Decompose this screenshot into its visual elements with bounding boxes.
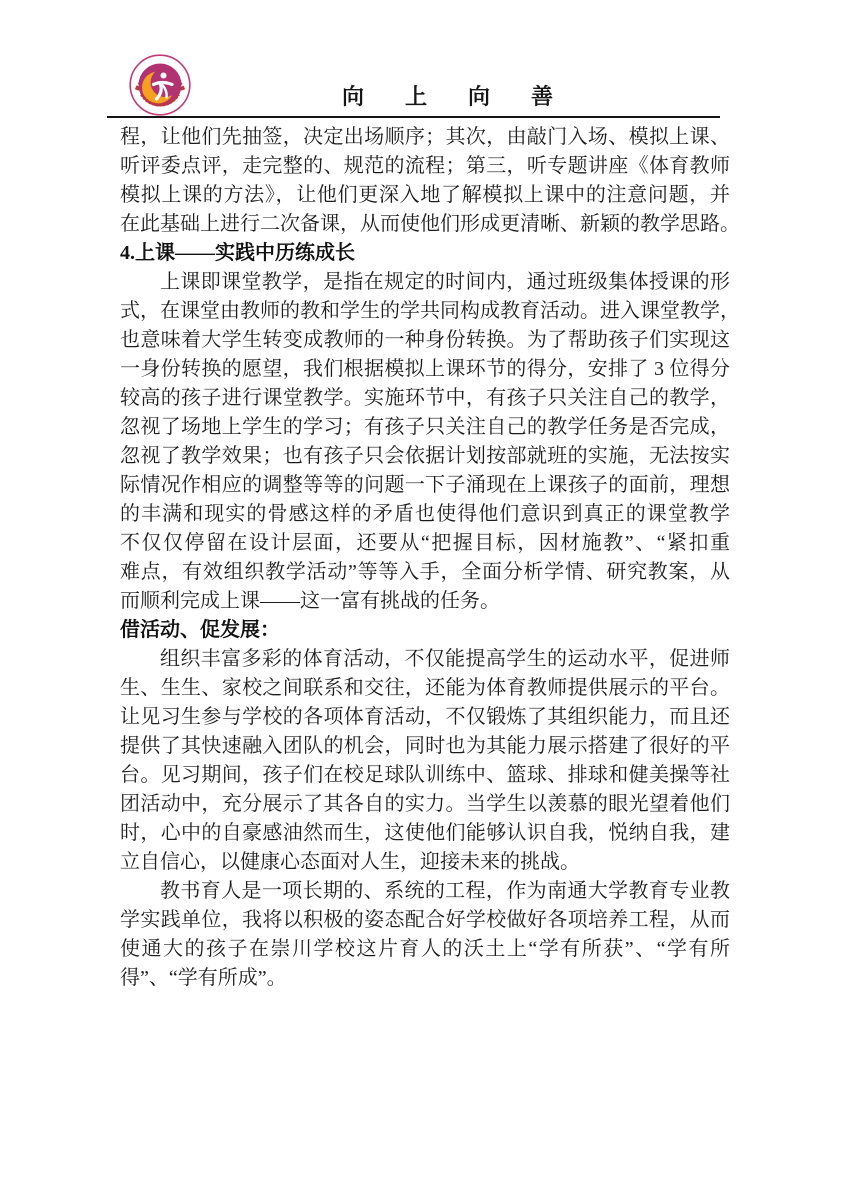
text-line: 教书育人是一项长期的、系统的工程，作为南通大学教育专业教 bbox=[120, 877, 730, 906]
text-line: 模拟上课的方法》，让他们更深入地了解模拟上课中的注意问题，并 bbox=[120, 181, 730, 210]
text-line: 使通大的孩子在崇川学校这片育人的沃土上“学有所获”、“学有所 bbox=[120, 935, 730, 964]
text-line: 生、生生、家校之间联系和交往，还能为体育教师提供展示的平台。 bbox=[120, 674, 730, 703]
header-title: 向上向善 bbox=[342, 84, 553, 110]
text-line: 也意味着大学生转变成教师的一种身份转换。为了帮助孩子们实现这 bbox=[120, 326, 730, 355]
text-line: 台。见习期间，孩子们在校足球队训练中、篮球、排球和健美操等社 bbox=[120, 761, 730, 790]
school-emblem-logo bbox=[129, 54, 191, 116]
text-line: 式，在课堂由教师的教和学生的学共同构成教育活动。进入课堂教学， bbox=[120, 297, 730, 326]
text-line: 际情况作相应的调整等等的问题一下子涌现在上课孩子的面前，理想 bbox=[120, 471, 730, 500]
text-line: 的丰满和现实的骨感这样的矛盾也使得他们意识到真正的课堂教学 bbox=[120, 500, 730, 529]
title-char: 向 bbox=[468, 84, 490, 110]
text-line: 在此基础上进行二次备课，从而使他们形成更清晰、新颖的教学思路。 bbox=[120, 210, 730, 239]
text-line: 学实践单位，我将以积极的姿态配合好学校做好各项培养工程，从而 bbox=[120, 906, 730, 935]
text-line: 时，心中的自豪感油然而生，这使他们能够认识自我，悦纳自我，建 bbox=[120, 819, 730, 848]
text-line: 团活动中，充分展示了其各自的实力。当学生以羡慕的眼光望着他们 bbox=[120, 790, 730, 819]
document-body: 程，让他们先抽签，决定出场顺序；其次，由敲门入场、模拟上课、听评委点评，走完整的… bbox=[120, 123, 730, 993]
text-line: 上课即课堂教学，是指在规定的时间内，通过班级集体授课的形 bbox=[120, 268, 730, 297]
text-line: 忽视了教学效果；也有孩子只会依据计划按部就班的实施，无法按实 bbox=[120, 442, 730, 471]
text-line: 立自信心，以健康心态面对人生，迎接未来的挑战。 bbox=[120, 848, 730, 877]
section-heading: 借活动、促发展： bbox=[120, 616, 730, 645]
text-line: 忽视了场地上学生的学习；有孩子只关注自己的教学任务是否完成， bbox=[120, 413, 730, 442]
text-line: 听评委点评，走完整的、规范的流程；第三，听专题讲座《体育教师 bbox=[120, 152, 730, 181]
title-char: 善 bbox=[531, 84, 553, 110]
document-page: 向上向善 程，让他们先抽签，决定出场顺序；其次，由敲门入场、模拟上课、听评委点评… bbox=[0, 0, 848, 1200]
header-divider bbox=[107, 116, 720, 118]
text-line: 得”、“学有所成”。 bbox=[120, 964, 730, 993]
text-line: 让见习生参与学校的各项体育活动，不仅锻炼了其组织能力，而且还 bbox=[120, 703, 730, 732]
text-line: 难点，有效组织教学活动”等等入手，全面分析学情、研究教案，从 bbox=[120, 558, 730, 587]
section-heading: 4.上课——实践中历练成长 bbox=[120, 239, 730, 268]
text-line: 较高的孩子进行课堂教学。实施环节中，有孩子只关注自己的教学， bbox=[120, 384, 730, 413]
title-char: 上 bbox=[405, 84, 427, 110]
text-line: 不仅仅停留在设计层面，还要从“把握目标，因材施教”、“紧扣重 bbox=[120, 529, 730, 558]
text-line: 组织丰富多彩的体育活动，不仅能提高学生的运动水平，促进师 bbox=[120, 645, 730, 674]
text-line: 一身份转换的愿望，我们根据模拟上课环节的得分，安排了 3 位得分 bbox=[120, 355, 730, 384]
text-line: 而顺利完成上课——这一富有挑战的任务。 bbox=[120, 587, 730, 616]
text-line: 程，让他们先抽签，决定出场顺序；其次，由敲门入场、模拟上课、 bbox=[120, 123, 730, 152]
title-char: 向 bbox=[342, 84, 364, 110]
text-line: 提供了其快速融入团队的机会，同时也为其能力展示搭建了很好的平 bbox=[120, 732, 730, 761]
